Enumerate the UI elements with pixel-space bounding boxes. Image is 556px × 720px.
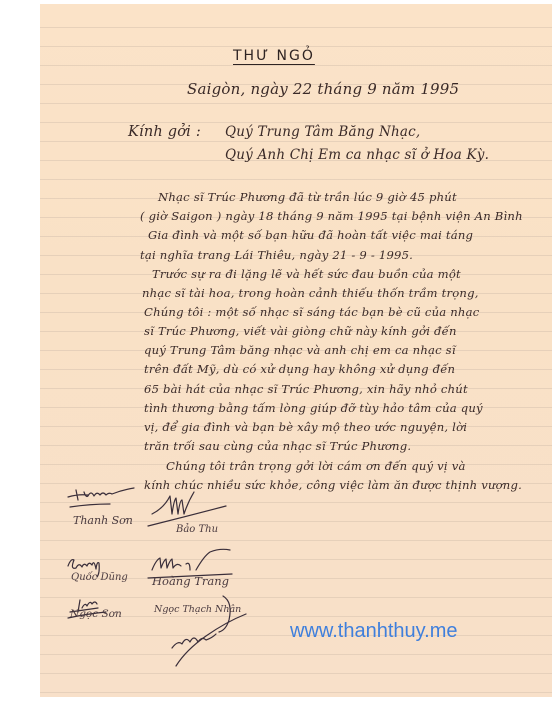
- watermark-url: www.thanhthuy.me: [290, 620, 458, 643]
- signatory-name: Ngọc Thạch Nhân: [154, 604, 241, 615]
- signatory-name: Ngọc Sơn: [70, 608, 122, 620]
- signatory-name: Quốc Dũng: [71, 572, 128, 583]
- letter-paper: THƯ NGỎ Saigòn, ngày 22 tháng 9 năm 1995…: [40, 4, 552, 697]
- signatory-name: Hoàng Trang: [152, 574, 229, 588]
- signatory-name: Thanh Sơn: [73, 514, 133, 527]
- signatory-name: Bảo Thu: [176, 524, 218, 535]
- signature-scribbles: [40, 4, 552, 697]
